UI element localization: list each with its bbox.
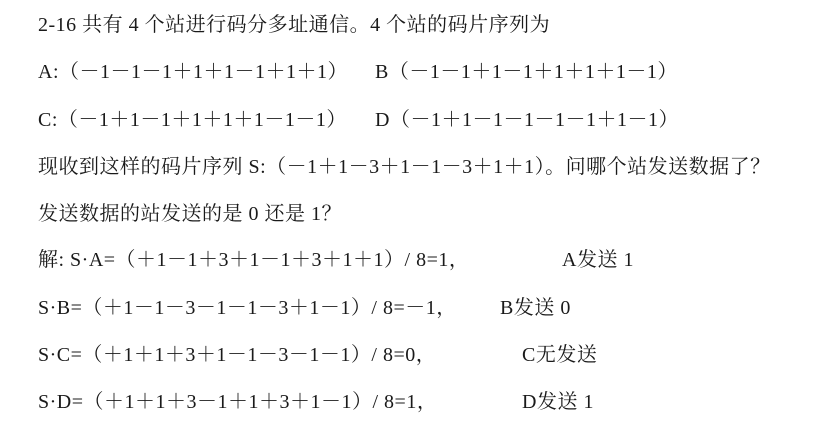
problem-header: 2-16 共有 4 个站进行码分多址通信。4 个站的码片序列为 (38, 12, 830, 38)
solution-row-a: 解: S·A=（＋1－1＋3＋1－1＋3＋1＋1）/ 8=1， A发送 1 (38, 247, 830, 273)
sequence-line-ab: A:（－1－1－1＋1＋1－1＋1＋1） B（－1－1＋1－1＋1＋1＋1－1） (38, 59, 830, 85)
solution-b-formula: S·B=（＋1－1－3－1－1－3＋1－1）/ 8=－1， (38, 297, 457, 319)
document-page: 2-16 共有 4 个站进行码分多址通信。4 个站的码片序列为 A:（－1－1－… (0, 0, 830, 427)
sequence-b-value: （－1－1＋1－1＋1＋1＋1－1） (389, 61, 678, 83)
sequence-c-value: （－1＋1－1＋1＋1＋1－1－1） (58, 109, 347, 131)
solution-b-conclusion: B发送 0 (500, 295, 571, 321)
sequence-line-cd: C:（－1＋1－1＋1＋1＋1－1－1） D（－1＋1－1－1－1－1＋1－1） (38, 107, 830, 133)
sequence-d-label: D (375, 109, 390, 131)
sequence-d: D（－1＋1－1－1－1－1＋1－1） (375, 107, 679, 133)
solution-c-formula: S·C=（＋1＋1＋3＋1－1－3－1－1）/ 8=0， (38, 344, 436, 366)
sequence-b-label: B (375, 61, 389, 83)
solution-a-conclusion: A发送 1 (562, 247, 634, 273)
received-sequence-line: 现收到这样的码片序列 S:（－1＋1－3＋1－1－3＋1＋1）。问哪个站发送数据… (38, 154, 830, 180)
solution-row-b: S·B=（＋1－1－3－1－1－3＋1－1）/ 8=－1， B发送 0 (38, 295, 830, 321)
solution-row-d: S·D=（＋1＋1＋3－1＋1＋3＋1－1）/ 8=1， D发送 1 (38, 389, 830, 415)
solution-d-conclusion: D发送 1 (522, 389, 594, 415)
solution-a-formula: 解: S·A=（＋1－1＋3＋1－1＋3＋1＋1）/ 8=1， (38, 249, 469, 271)
sequence-d-value: （－1＋1－1－1－1－1＋1－1） (390, 109, 679, 131)
sequence-a-value: （－1－1－1＋1＋1－1＋1＋1） (59, 61, 348, 83)
solution-c-conclusion: C无发送 (522, 342, 597, 368)
sequence-c: C:（－1＋1－1＋1＋1＋1－1－1） (38, 109, 347, 131)
question-line: 发送数据的站发送的是 0 还是 1？ (38, 201, 830, 227)
sequence-b: B（－1－1＋1－1＋1＋1＋1－1） (375, 59, 678, 85)
sequence-a: A:（－1－1－1＋1＋1－1＋1＋1） (38, 61, 348, 83)
solution-row-c: S·C=（＋1＋1＋3＋1－1－3－1－1）/ 8=0， C无发送 (38, 342, 830, 368)
solution-d-formula: S·D=（＋1＋1＋3－1＋1＋3＋1－1）/ 8=1， (38, 391, 437, 413)
sequence-c-label: C: (38, 109, 58, 131)
sequence-a-label: A: (38, 61, 59, 83)
